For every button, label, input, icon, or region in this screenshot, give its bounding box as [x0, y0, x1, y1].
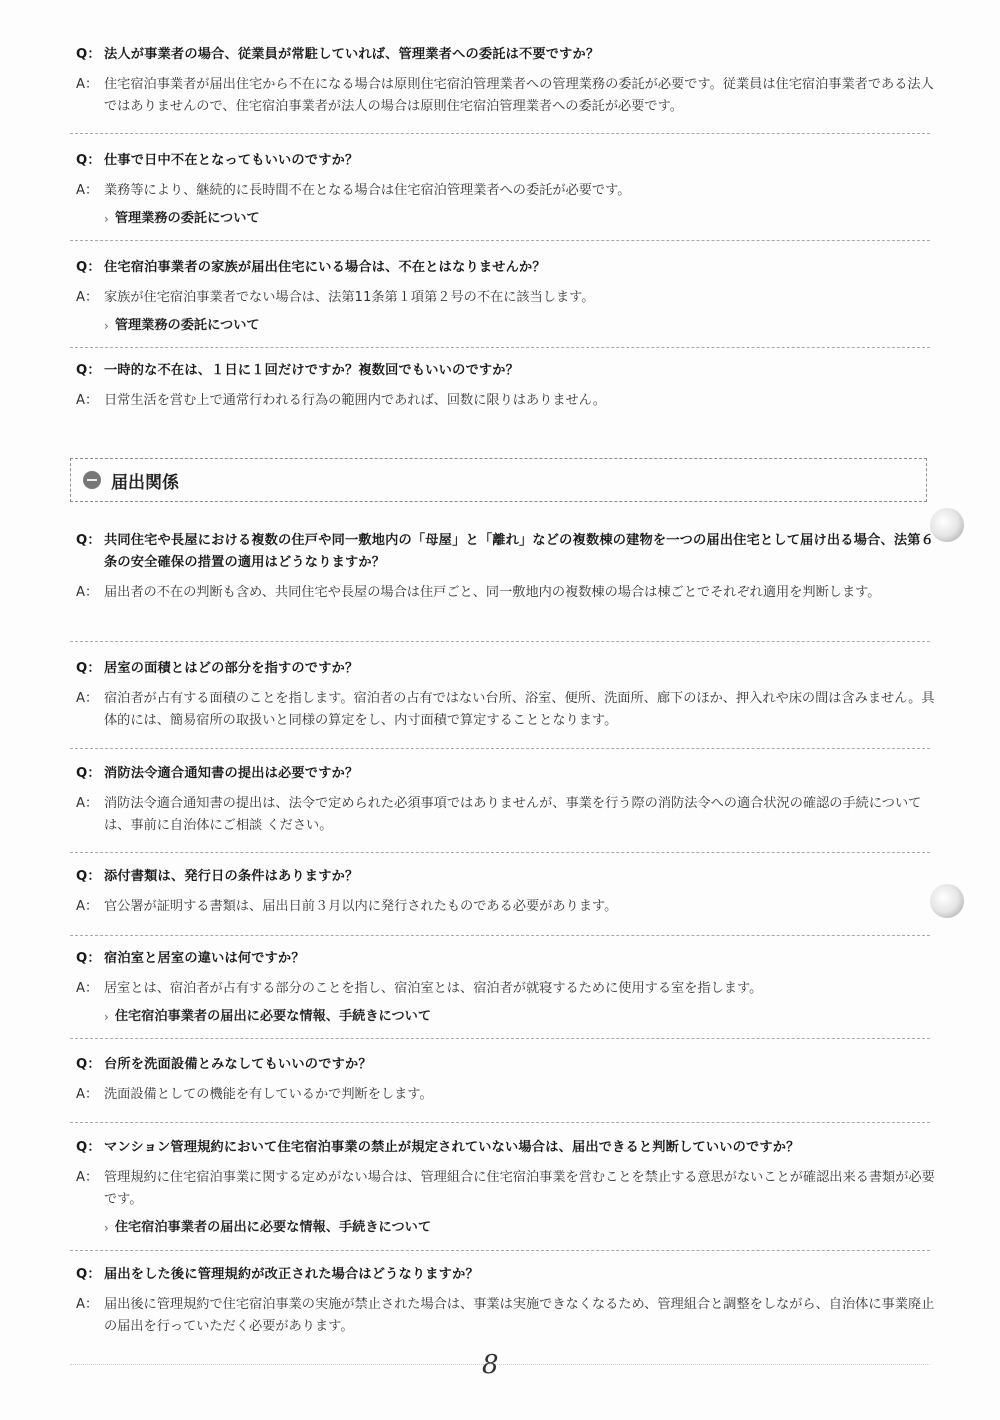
document-page: Q：法人が事業者の場合、従業員が常駐していれば、管理業者への委託は不要ですか？ …	[0, 0, 1000, 1420]
answer: A：住宅宿泊事業者が届出住宅から不在になる場合は原則住宅宿泊管理業者への管理業務…	[76, 74, 936, 118]
answer: A：洗面設備としての機能を有しているかで判断をします。	[76, 1084, 936, 1106]
answer: A：届出後に管理規約で住宅宿泊事業の実施が禁止された場合は、事業は実施できなくな…	[76, 1294, 936, 1338]
dashed-divider	[70, 1038, 930, 1039]
question: Q：宿泊室と居室の違いは何ですか？	[76, 948, 936, 970]
question: Q：届出をした後に管理規約が改正された場合はどうなりますか？	[76, 1264, 936, 1286]
dashed-divider	[70, 935, 930, 936]
answer: A：居室とは、宿泊者が占有する部分のことを指し、宿泊室とは、宿泊者が就寝するため…	[76, 978, 936, 1000]
faint-divider	[70, 1364, 930, 1365]
chevron-right-icon: ›	[104, 208, 109, 230]
dashed-divider	[70, 1122, 930, 1123]
qa-item: Q：法人が事業者の場合、従業員が常駐していれば、管理業者への委託は不要ですか？ …	[76, 44, 936, 118]
qa-item: Q：マンション管理規約において住宅宿泊事業の禁止が規定されていない場合は、届出で…	[76, 1137, 936, 1239]
question: Q：一時的な不在は、１日に１回だけですか？複数回でもいいのですか？	[76, 360, 936, 382]
qa-item: Q：届出をした後に管理規約が改正された場合はどうなりますか？ A：届出後に管理規…	[76, 1264, 936, 1338]
question: Q：居室の面積とはどの部分を指すのですか？	[76, 658, 936, 680]
section-header[interactable]: 届出関係	[70, 458, 927, 502]
qa-item: Q：居室の面積とはどの部分を指すのですか？ A：宿泊者が占有する面積のことを指し…	[76, 658, 936, 732]
dashed-divider	[70, 347, 930, 348]
dashed-divider	[70, 748, 930, 749]
answer: A：官公署が証明する書類は、届出日前３月以内に発行されたものである必要があります…	[76, 896, 936, 918]
answer: A：管理規約に住宅宿泊事業に関する定めがない場合は、管理組合に住宅宿泊事業を営む…	[76, 1167, 936, 1211]
link-management-consignment[interactable]: ›管理業務の委託について	[104, 208, 936, 230]
answer: A：宿泊者が占有する面積のことを指します。宿泊者の占有ではない台所、浴室、便所、…	[76, 688, 936, 732]
link-registration-procedures[interactable]: ›住宅宿泊事業者の届出に必要な情報、手続きについて	[104, 1006, 936, 1028]
dashed-divider	[70, 852, 930, 853]
minus-circle-icon	[83, 471, 101, 489]
question: Q：マンション管理規約において住宅宿泊事業の禁止が規定されていない場合は、届出で…	[76, 1137, 936, 1159]
qa-item: Q：宿泊室と居室の違いは何ですか？ A：居室とは、宿泊者が占有する部分のことを指…	[76, 948, 936, 1028]
question: Q：台所を洗面設備とみなしてもいいのですか？	[76, 1054, 936, 1076]
answer: A：日常生活を営む上で通常行われる行為の範囲内であれば、回数に限りはありません。	[76, 390, 936, 412]
link-management-consignment[interactable]: ›管理業務の委託について	[104, 315, 936, 337]
question: Q：添付書類は、発行日の条件はありますか？	[76, 866, 936, 888]
chevron-right-icon: ›	[104, 1217, 109, 1239]
punch-hole	[930, 508, 964, 542]
dashed-divider	[70, 1250, 930, 1251]
page-number: 8	[482, 1350, 499, 1380]
answer: A：業務等により、継続的に長時間不在となる場合は住宅宿泊管理業者への委託が必要で…	[76, 180, 936, 202]
dashed-divider	[70, 133, 930, 134]
dashed-divider	[70, 641, 930, 642]
dashed-divider	[70, 240, 930, 241]
qa-item: Q：仕事で日中不在となってもいいのですか？ A：業務等により、継続的に長時間不在…	[76, 150, 936, 230]
qa-item: Q：台所を洗面設備とみなしてもいいのですか？ A：洗面設備としての機能を有してい…	[76, 1054, 936, 1106]
answer: A：届出者の不在の判断も含め、共同住宅や長屋の場合は住戸ごと、同一敷地内の複数棟…	[76, 582, 936, 604]
question: Q：消防法令適合通知書の提出は必要ですか？	[76, 763, 936, 785]
answer: A：消防法令適合通知書の提出は、法令で定められた必須事項ではありませんが、事業を…	[76, 793, 936, 837]
question: Q：仕事で日中不在となってもいいのですか？	[76, 150, 936, 172]
chevron-right-icon: ›	[104, 1006, 109, 1028]
qa-item: Q：住宅宿泊事業者の家族が届出住宅にいる場合は、不在とはなりませんか？ A：家族…	[76, 257, 936, 337]
section-title: 届出関係	[111, 468, 179, 493]
qa-item: Q：添付書類は、発行日の条件はありますか？ A：官公署が証明する書類は、届出日前…	[76, 866, 936, 918]
question: Q：共同住宅や長屋における複数の住戸や同一敷地内の「母屋」と「離れ」などの複数棟…	[76, 530, 936, 574]
punch-hole	[930, 884, 964, 918]
qa-item: Q：共同住宅や長屋における複数の住戸や同一敷地内の「母屋」と「離れ」などの複数棟…	[76, 530, 936, 604]
question: Q：法人が事業者の場合、従業員が常駐していれば、管理業者への委託は不要ですか？	[76, 44, 936, 66]
qa-item: Q：消防法令適合通知書の提出は必要ですか？ A：消防法令適合通知書の提出は、法令…	[76, 763, 936, 837]
chevron-right-icon: ›	[104, 315, 109, 337]
qa-item: Q：一時的な不在は、１日に１回だけですか？複数回でもいいのですか？ A：日常生活…	[76, 360, 936, 412]
question: Q：住宅宿泊事業者の家族が届出住宅にいる場合は、不在とはなりませんか？	[76, 257, 936, 279]
link-registration-procedures[interactable]: ›住宅宿泊事業者の届出に必要な情報、手続きについて	[104, 1217, 936, 1239]
answer: A：家族が住宅宿泊事業者でない場合は、法第11条第１項第２号の不在に該当します。	[76, 287, 936, 309]
